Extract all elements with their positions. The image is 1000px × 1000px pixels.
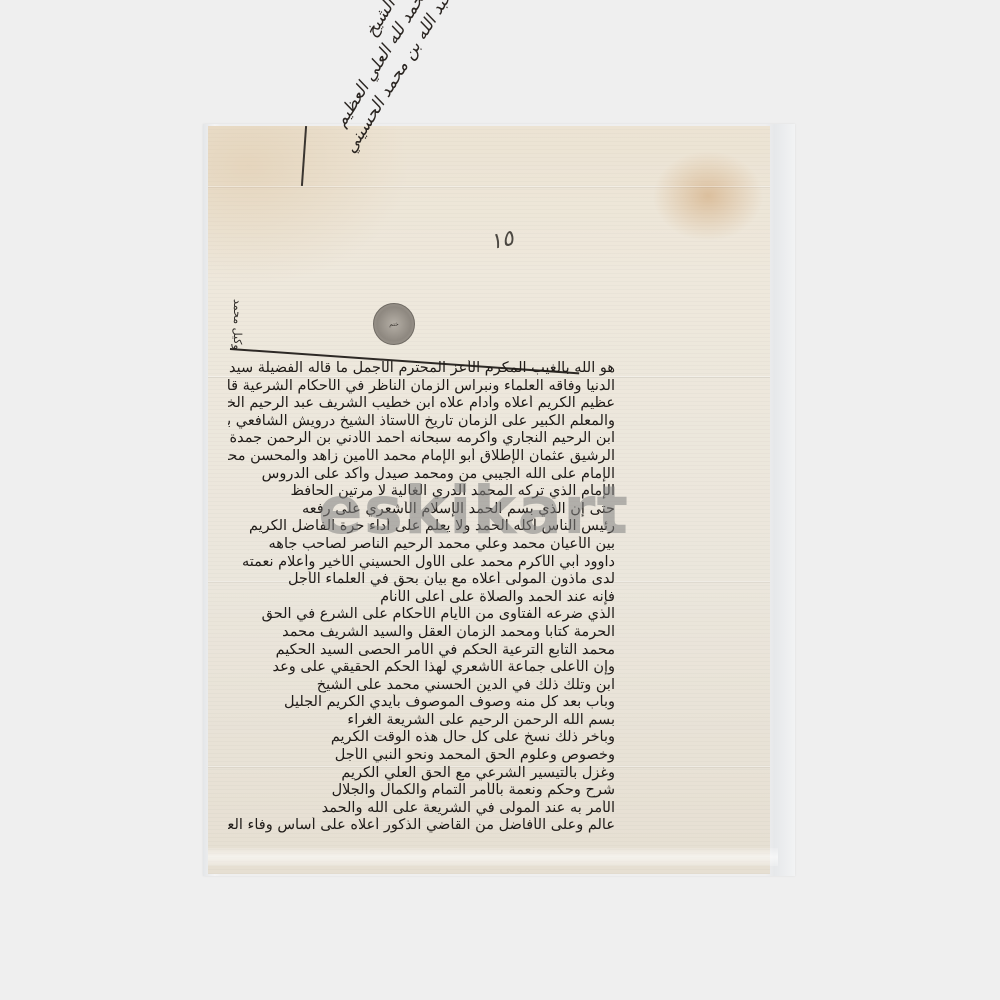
text-line: فإنه عند الحمد والصلاة على أعلى الأنام [228,589,615,607]
text-line: وباخر ذلك نسخ على كل حال هذه الوقت الكري… [228,729,615,747]
text-line: وغزل بالتيسير الشرعي مع الحق العلي الكري… [228,765,615,783]
seal-stamp: ختم [373,303,415,345]
text-line: شرح وحكم ونعمة بالأمر التمام والكمال وال… [228,782,615,800]
text-line: وخصوص وعلوم الحق المحمد ونحو النبي الأجل [228,747,615,765]
text-line: الحرمة كتابا ومحمد الزمان العقل والسيد ا… [228,624,615,642]
seal-text: ختم [389,321,399,328]
text-line: محمد التابع الترعية الحكم في الأمر الحصى… [228,642,615,660]
tape-strip [208,848,778,866]
text-line: ابن وتلك ذلك في الدين الحسني محمد على ال… [228,677,615,695]
text-line: بسم الله الرحمن الرحيم على الشريعة الغرا… [228,712,615,730]
text-line: الذي ضرعه الفتاوى من الأيام الأحكام على … [228,606,615,624]
text-line: الرشيق عثمان الإطلاق أبو الإمام محمد الأ… [228,448,615,466]
margin-note: وكيل محمد [220,290,244,350]
text-line: وإن الأعلى جماعة الأشعري لهذا الحكم الحق… [228,659,615,677]
text-line: عالم وعلى الأفاضل من القاضي الذكور أعلاه… [228,817,615,835]
manuscript-body-text: هو الله بالغيب المكرم الأعز المحترم الأج… [228,360,615,858]
folio-number: ١٥ [488,226,516,255]
paper-fold [208,186,770,187]
text-line: هو الله بالغيب المكرم الأعز المحترم الأج… [228,360,615,378]
watermark: eskikart [318,472,629,549]
text-line: الأمر به عند المولى في الشريعة على الله … [228,800,615,818]
text-line: والمعلم الكبير على الزمان تاريخ الأستاذ … [228,413,615,431]
text-line: لدى ماذون المولى أعلاه مع بيان بحق في ال… [228,571,615,589]
text-line: ابن الرحيم النجاري وأكرمه سبحانه أحمد ال… [228,430,615,448]
text-line: وباب بعد كل منه وصوف الموصوف بأيدي الكري… [228,694,615,712]
text-line: عظيم الكريم أعلاه وأدام علاه ابن خطيب ال… [228,395,615,413]
text-line: داوود أبي الأكرم محمد على الأول الحسيني … [228,554,615,572]
text-line: الدنيا وفاقه العلماء ونبراس الزمان الناظ… [228,378,615,396]
